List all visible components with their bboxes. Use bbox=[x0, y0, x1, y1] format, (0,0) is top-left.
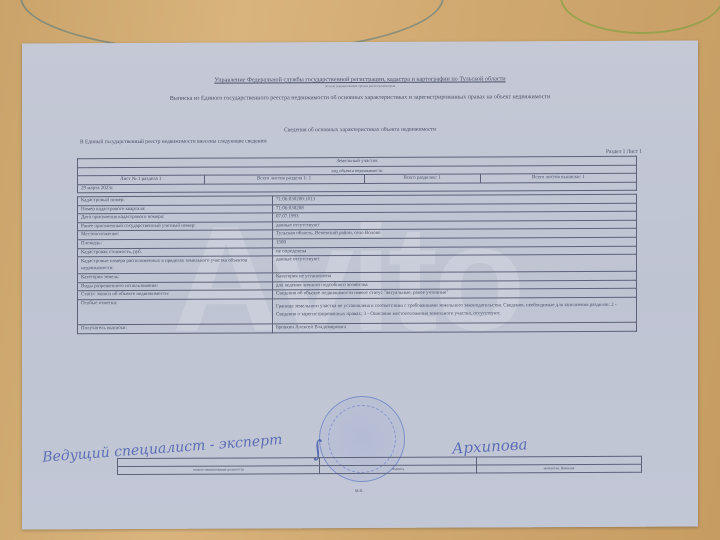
registry-extract-sheet: Avito Управление Федеральной службы госу… bbox=[22, 41, 698, 530]
table-row: Получатель выписки:Бровкин Алексей Влади… bbox=[78, 322, 637, 333]
table-row: Особые отметки:Граница земельного участк… bbox=[78, 297, 637, 324]
stamp-label: М.П. bbox=[355, 488, 363, 493]
header-table: Земельный участок вид объекта недвижимос… bbox=[77, 156, 637, 194]
signature-caption: полное наименование должности bbox=[118, 466, 320, 475]
sheet-reference: Раздел 1 Лист 1 bbox=[606, 149, 642, 155]
extract-date: 29 марта 2023г. bbox=[78, 182, 637, 193]
signature-caption: инициалы, фамилия bbox=[477, 464, 642, 473]
section-title: Сведения об основных характеристиках объ… bbox=[22, 126, 698, 135]
background-scribble bbox=[560, 0, 720, 34]
signature-caption: подпись bbox=[320, 465, 477, 474]
handwritten-name: Архипова bbox=[452, 435, 528, 457]
intro-text: В Единый государственный реестр недвижим… bbox=[80, 138, 267, 145]
characteristics-table: Кадастровый номер:71:06:030208:1013 Номе… bbox=[77, 194, 637, 334]
signature-table: полное наименование должности подпись ин… bbox=[117, 456, 642, 475]
extract-description: Выписка из Единого государственного реес… bbox=[22, 94, 698, 103]
